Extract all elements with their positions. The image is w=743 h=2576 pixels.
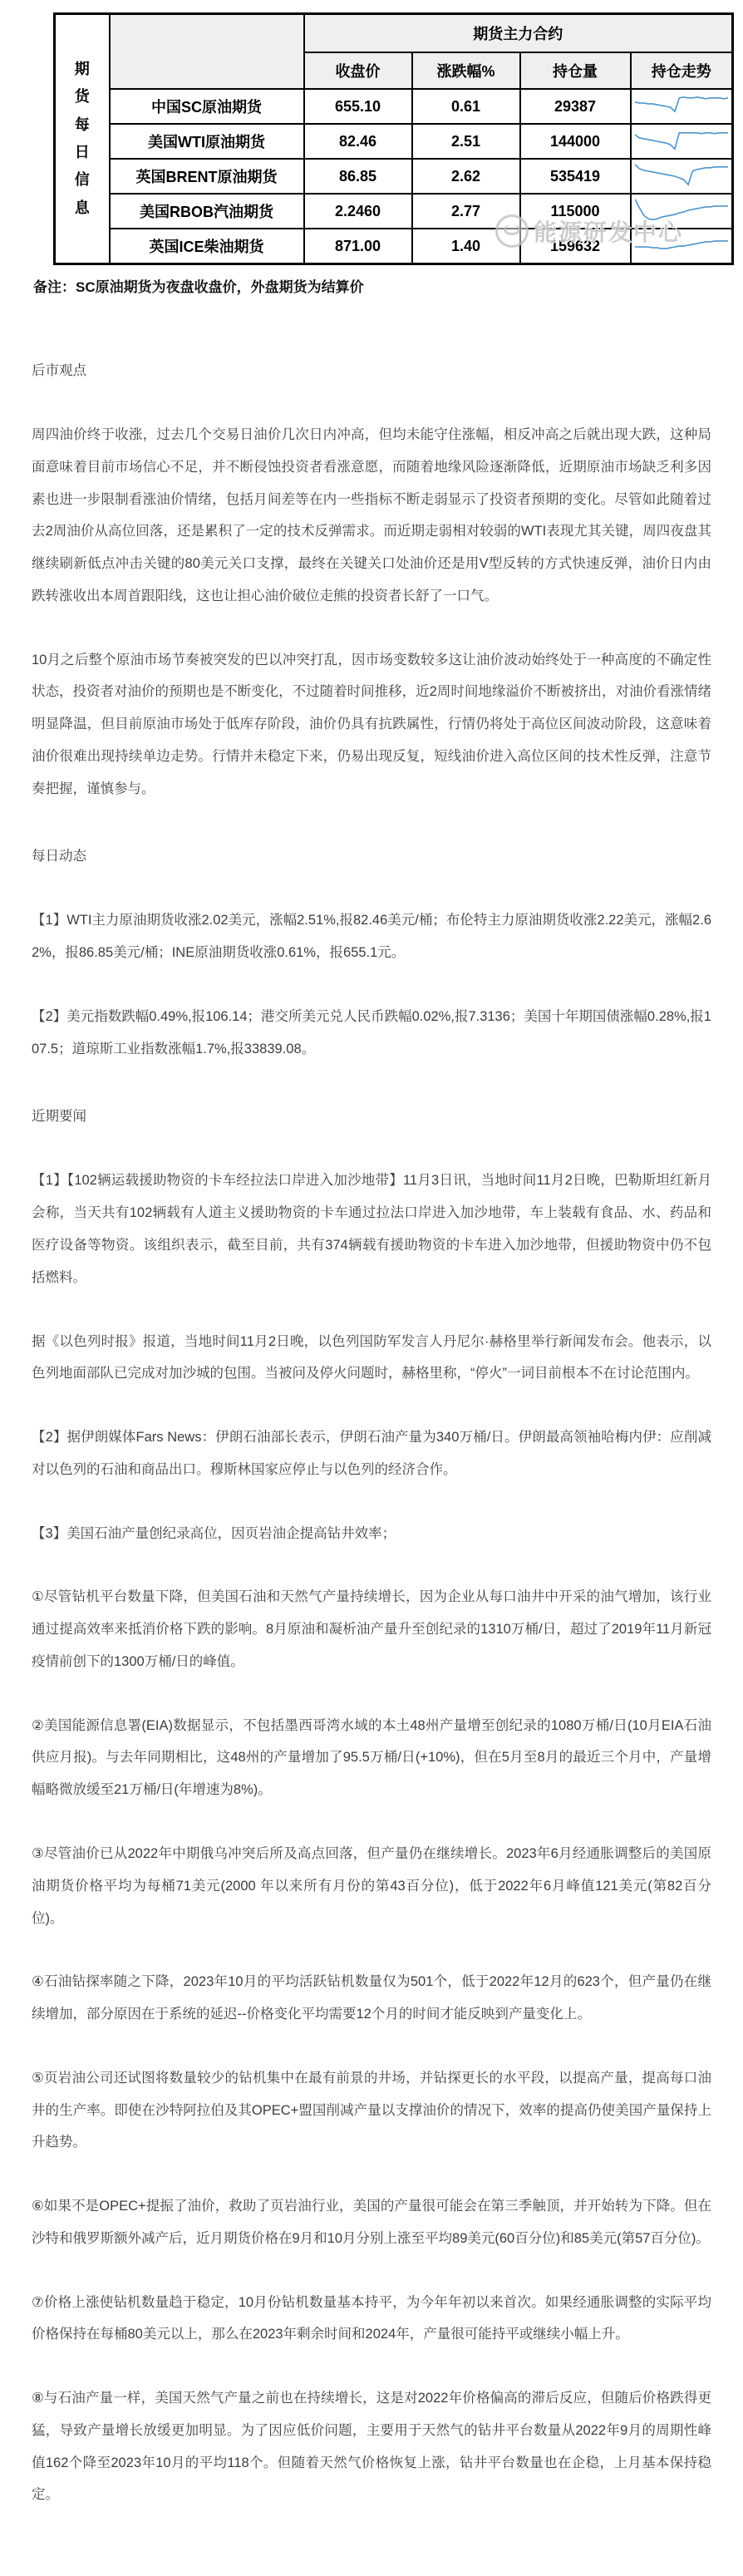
open-interest: 144000 <box>520 124 631 159</box>
column-header-close: 收盘价 <box>304 52 412 89</box>
close-price: 86.85 <box>304 159 412 194</box>
close-price: 655.10 <box>304 89 412 124</box>
paragraph: 据《以色列时报》报道，当地时间11月2日晚，以色列国防军发言人丹尼尔·赫格里举行… <box>32 1326 711 1391</box>
paragraph: ①尽管钻机平台数量下降，但美国石油和天然气产量持续增长，因为企业从每口油井中开采… <box>32 1581 711 1677</box>
contract-name: 中国SC原油期货 <box>110 89 304 124</box>
change-percent: 2.62 <box>412 159 520 194</box>
column-header-trend: 持仓走势 <box>631 52 733 89</box>
futures-table: 期 货 每 日 信 息 期货主力合约 收盘价 涨跌幅% 持仓量 持仓走势 中国S… <box>53 12 734 265</box>
open-interest: 535419 <box>520 159 631 194</box>
section-heading-news: 近期要闻 <box>32 1105 711 1125</box>
section-heading-outlook: 后市观点 <box>32 359 711 379</box>
contract-name: 美国WTI原油期货 <box>110 124 304 159</box>
contract-name: 英国ICE柴油期货 <box>110 229 304 264</box>
paragraph: ⑤页岩油公司还试图将数量较少的钻机集中在最有前景的井场，并钻探更长的水平段，以提… <box>32 2062 711 2159</box>
paragraph: ②美国能源信息署(EIA)数据显示，不包括墨西哥湾水域的本土48州产量增至创纪录… <box>32 1710 711 1806</box>
oi-trend-sparkline <box>631 194 733 229</box>
paragraph: 【3】美国石油产量创纪录高位，因页岩油企提高钻井效率； <box>32 1518 711 1550</box>
paragraph: 周四油价终于收涨，过去几个交易日油价几次日内冲高，但均未能守住涨幅，相反冲高之后… <box>32 419 711 613</box>
close-price: 82.46 <box>304 124 412 159</box>
page: 期 货 每 日 信 息 期货主力合约 收盘价 涨跌幅% 持仓量 持仓走势 中国S… <box>0 0 743 2576</box>
contract-name: 美国RBOB汽油期货 <box>110 194 304 229</box>
open-interest: 29387 <box>520 89 631 124</box>
side-label-char: 货 <box>57 83 107 111</box>
oi-trend-sparkline <box>631 124 733 159</box>
table-row: 美国RBOB汽油期货 2.2460 2.77 115000 <box>55 194 733 229</box>
close-price: 2.2460 <box>304 194 412 229</box>
contract-name: 英国BRENT原油期货 <box>110 159 304 194</box>
side-label-char: 信 <box>57 166 107 194</box>
futures-table-section: 期 货 每 日 信 息 期货主力合约 收盘价 涨跌幅% 持仓量 持仓走势 中国S… <box>0 0 743 265</box>
table-row: 英国ICE柴油期货 871.00 1.40 159632 <box>55 229 733 264</box>
side-label-char: 期 <box>57 56 107 83</box>
table-footnote: 备注：SC原油期货为夜盘收盘价，外盘期货为结算价 <box>33 275 743 296</box>
change-percent: 2.77 <box>412 194 520 229</box>
section-heading-daily: 每日动态 <box>32 845 711 864</box>
paragraph: ③尽管油价已从2022年中期俄乌冲突后所及高点回落，但产量仍在继续增长。2023… <box>32 1838 711 1934</box>
paragraph: ④石油钻探率随之下降，2023年10月的平均活跃钻机数量仅为501个，低于202… <box>32 1966 711 2031</box>
side-label-char: 日 <box>57 139 107 166</box>
oi-trend-sparkline <box>631 159 733 194</box>
oi-trend-sparkline <box>631 229 733 264</box>
table-row: 英国BRENT原油期货 86.85 2.62 535419 <box>55 159 733 194</box>
open-interest: 159632 <box>520 229 631 264</box>
table-row: 中国SC原油期货 655.10 0.61 29387 <box>55 89 733 124</box>
paragraph: 【2】美元指数跌幅0.49%,报106.14；港交所美元兑人民币跌幅0.02%,… <box>32 1001 711 1066</box>
change-percent: 0.61 <box>412 89 520 124</box>
open-interest: 115000 <box>520 194 631 229</box>
change-percent: 2.51 <box>412 124 520 159</box>
article-body: 后市观点 周四油价终于收涨，过去几个交易日油价几次日内冲高，但均未能守住涨幅，相… <box>0 296 743 2576</box>
table-group-header: 期货主力合约 <box>304 14 733 53</box>
oi-trend-sparkline <box>631 89 733 124</box>
paragraph: 10月之后整个原油市场节奏被突发的巴以冲突打乱，因市场变数较多这让油价波动始终处… <box>32 644 711 805</box>
column-header-change: 涨跌幅% <box>412 52 520 89</box>
table-side-label: 期 货 每 日 信 息 <box>55 14 110 264</box>
paragraph: ⑧与石油产量一样，美国天然气产量之前也在持续增长，这是对2022年价格偏高的滞后… <box>32 2382 711 2511</box>
paragraph: 【1】WTI主力原油期货收涨2.02美元，涨幅2.51%,报82.46美元/桶；… <box>32 904 711 969</box>
side-label-char: 息 <box>57 195 107 222</box>
paragraph: ⑦价格上涨使钻机数量趋于稳定，10月份钻机数量基本持平，为今年年初以来首次。如果… <box>32 2287 711 2352</box>
change-percent: 1.40 <box>412 229 520 264</box>
paragraph: 【1】【102辆运载援助物资的卡车经拉法口岸进入加沙地带】11月3日讯，当地时间… <box>32 1165 711 1293</box>
table-row: 美国WTI原油期货 82.46 2.51 144000 <box>55 124 733 159</box>
side-label-char: 每 <box>57 111 107 139</box>
column-header-oi: 持仓量 <box>520 52 631 89</box>
paragraph: 【2】据伊朗媒体Fars News：伊朗石油部长表示，伊朗石油产量为340万桶/… <box>32 1421 711 1486</box>
table-empty-header-cell <box>110 14 304 90</box>
close-price: 871.00 <box>304 229 412 264</box>
paragraph: ⑥如果不是OPEC+提振了油价，救助了页岩油行业，美国的产量很可能会在第三季触顶… <box>32 2190 711 2255</box>
